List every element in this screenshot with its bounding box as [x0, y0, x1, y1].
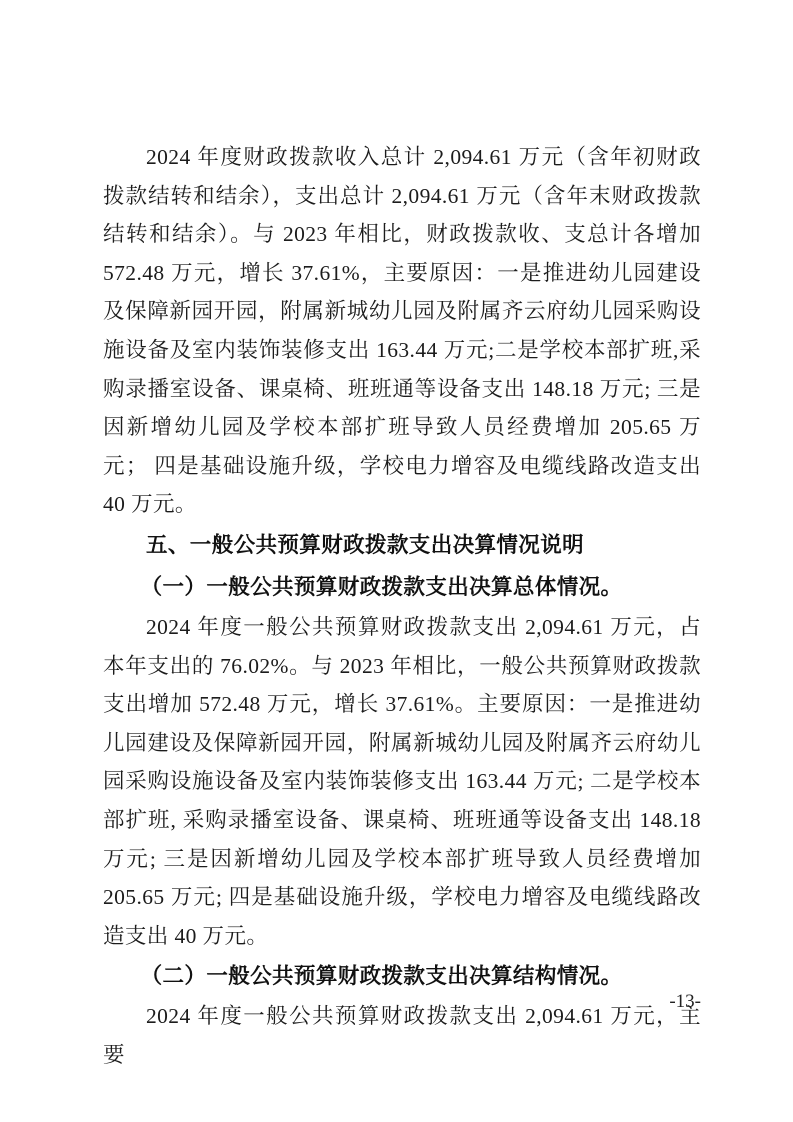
paragraph-general-budget-structure: 2024 年度一般公共预算财政拨款支出 2,094.61 万元，主要	[103, 997, 701, 1074]
page-number: -13-	[669, 990, 701, 1014]
paragraph-general-budget-overall: 2024 年度一般公共预算财政拨款支出 2,094.61 万元，占本年支出的 7…	[103, 608, 701, 955]
document-content: 2024 年度财政拨款收入总计 2,094.61 万元（含年初财政拨款结转和结余…	[103, 138, 701, 1074]
document-page: 2024 年度财政拨款收入总计 2,094.61 万元（含年初财政拨款结转和结余…	[0, 0, 793, 1122]
section-heading-general-budget-expenditure: 五、一般公共预算财政拨款支出决算情况说明	[103, 524, 701, 566]
paragraph-fiscal-appropriation-overview: 2024 年度财政拨款收入总计 2,094.61 万元（含年初财政拨款结转和结余…	[103, 138, 701, 524]
subsection-heading-overall-situation: （一）一般公共预算财政拨款支出决算总体情况。	[103, 566, 701, 608]
subsection-heading-structure-situation: （二）一般公共预算财政拨款支出决算结构情况。	[103, 955, 701, 997]
